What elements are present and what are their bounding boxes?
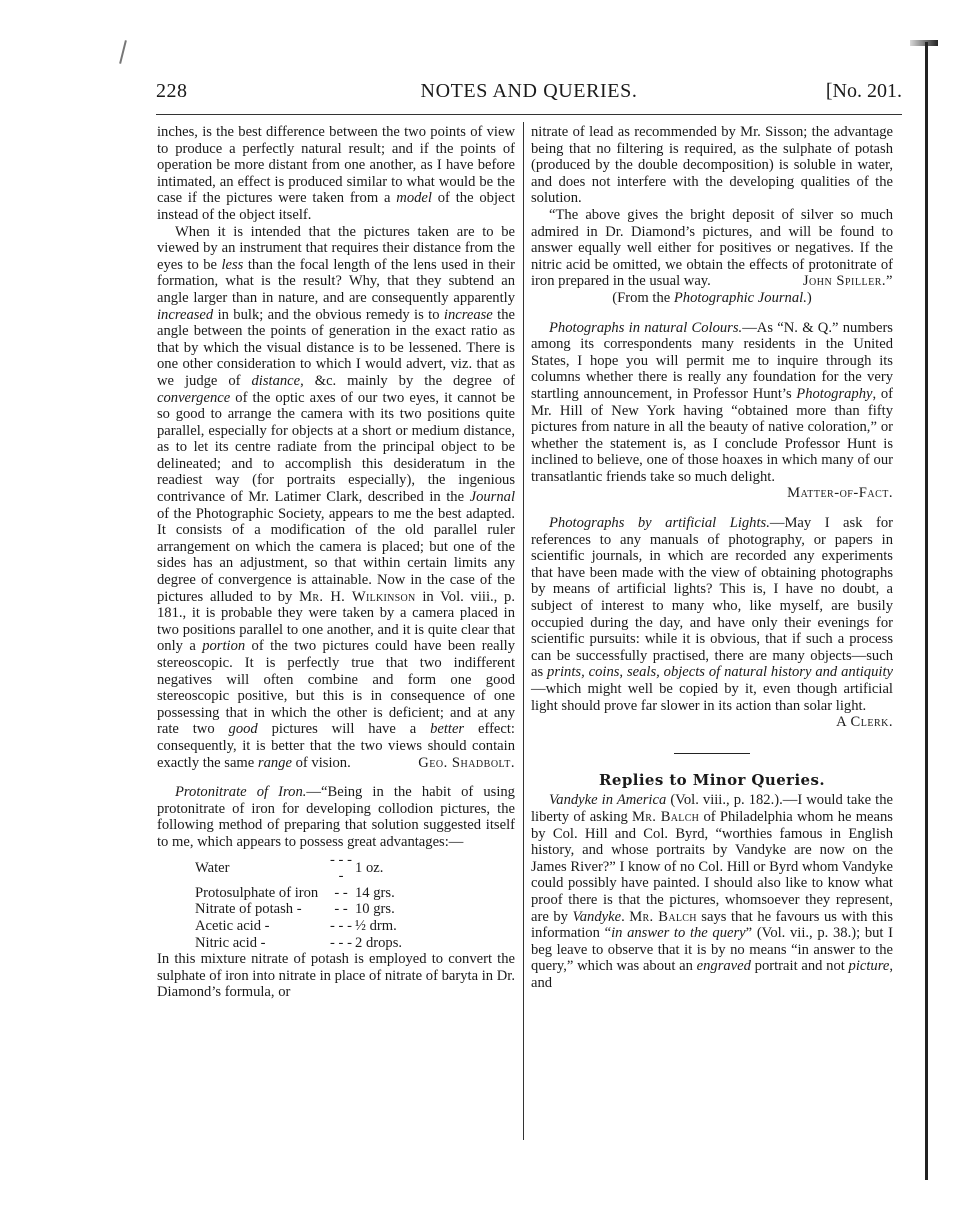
quantity: 2 drops. xyxy=(355,935,402,952)
emphasis: portion xyxy=(202,638,245,654)
recipe-table: Water - - - - 1 oz. Protosulphate of iro… xyxy=(195,852,402,952)
emphasis: better xyxy=(430,721,464,737)
text: ) xyxy=(807,290,812,306)
text: pictures will have a xyxy=(258,721,430,737)
article-title: Vandyke in America xyxy=(549,792,666,808)
text: (From the xyxy=(612,290,674,306)
quantity: ½ drm. xyxy=(355,918,402,935)
emphasis: increased xyxy=(157,307,213,323)
recipe-row: Nitrate of potash - - - 10 grs. xyxy=(195,901,402,918)
signature: John Spiller.” xyxy=(785,273,893,290)
recipe-row: Acetic acid - - - - ½ drm. xyxy=(195,918,402,935)
page-edge-shadow xyxy=(910,40,938,46)
article-vandyke: Vandyke in America (Vol. viii., p. 182.)… xyxy=(531,792,893,991)
text: portrait and not xyxy=(751,958,849,974)
spacer xyxy=(531,307,893,320)
recipe-row: Protosulphate of iron - - 14 grs. xyxy=(195,885,402,902)
article-title: Photographs in natural Colours. xyxy=(549,320,742,336)
article-title: Protonitrate of Iron. xyxy=(175,784,306,800)
signature: A Clerk. xyxy=(818,714,893,731)
page-edge-line xyxy=(925,42,928,1180)
emphasis: distance xyxy=(251,373,300,389)
spacer xyxy=(531,502,893,515)
quantity: 1 oz. xyxy=(355,852,402,885)
leader-dashes: - - - xyxy=(327,935,355,952)
text: , &c. mainly by the degree of xyxy=(300,373,515,389)
text: of vision. xyxy=(292,755,351,771)
signature: Matter-of-Fact. xyxy=(531,485,893,502)
leader-dashes: - - xyxy=(327,901,355,918)
paragraph-stereoscopic: When it is intended that the pictures ta… xyxy=(157,224,515,772)
section-heading: Replies to Minor Queries. xyxy=(531,772,893,789)
page-header: 228 NOTES AND QUERIES. [No. 201. xyxy=(156,78,902,110)
recipe-explanation: In this mixture nitrate of potash is emp… xyxy=(157,951,515,1001)
text: of the optic axes of our two eyes, it ca… xyxy=(157,390,515,506)
quote-paragraph: “The above gives the bright deposit of s… xyxy=(531,207,893,290)
emphasis: less xyxy=(221,257,243,273)
signature: Geo. Shadbolt. xyxy=(400,755,515,772)
right-column: nitrate of lead as recommended by Mr. Si… xyxy=(531,124,893,992)
text: —which might well be copied by it, even … xyxy=(531,681,893,714)
ingredient: Acetic acid - xyxy=(195,918,327,935)
issue-number: [No. 201. xyxy=(826,80,902,103)
leader-dashes: - - xyxy=(327,885,355,902)
emphasis: prints, coins, seals, objects of natural… xyxy=(547,664,893,680)
spacer xyxy=(157,771,515,784)
quote-block: “The above gives the bright deposit of s… xyxy=(531,207,893,290)
text: of Philadelphia whom he means by Col. Hi… xyxy=(531,809,893,925)
header-rule xyxy=(156,114,902,115)
emphasis: in answer to the query xyxy=(611,925,746,941)
emphasis: Vandyke xyxy=(572,909,621,925)
column-divider xyxy=(523,122,524,1140)
small-caps-name: Mr. H. Wilkinson xyxy=(299,589,416,605)
emphasis: Photographic Journal. xyxy=(674,290,807,306)
paragraph-body: Photographs by artificial Lights.—May I … xyxy=(531,515,893,714)
article-natural-colours: Photographs in natural Colours.—As “N. &… xyxy=(531,320,893,486)
emphasis: increase xyxy=(444,307,493,323)
paragraph-continuation: inches, is the best difference between t… xyxy=(157,124,515,224)
text: —May I ask for references to any manuals… xyxy=(531,515,893,680)
emphasis: Journal xyxy=(470,489,515,505)
running-title: NOTES AND QUERIES. xyxy=(156,80,902,103)
paragraph-body: When it is intended that the pictures ta… xyxy=(157,224,515,772)
quantity: 10 grs. xyxy=(355,901,402,918)
section-divider xyxy=(674,753,750,754)
stray-ink-mark xyxy=(119,40,127,64)
emphasis: engraved xyxy=(697,958,751,974)
emphasis: range xyxy=(258,755,292,771)
article-artificial-lights: Photographs by artificial Lights.—May I … xyxy=(531,515,893,731)
leader-dashes: - - - - xyxy=(327,852,355,885)
quantity: 14 grs. xyxy=(355,885,402,902)
emphasis: good xyxy=(229,721,258,737)
source-citation: (From the Photographic Journal.) xyxy=(531,290,893,307)
small-caps-name: Mr. Balch xyxy=(629,909,696,925)
ingredient: Nitrate of potash - xyxy=(195,901,327,918)
ingredient: Water xyxy=(195,852,327,885)
article-protonitrate: Protonitrate of Iron.—“Being in the habi… xyxy=(157,784,515,850)
paragraph-continuation: nitrate of lead as recommended by Mr. Si… xyxy=(531,124,893,207)
recipe-row: Water - - - - 1 oz. xyxy=(195,852,402,885)
leader-dashes: - - - xyxy=(327,918,355,935)
emphasis: convergence xyxy=(157,390,230,406)
ingredient: Protosulphate of iron xyxy=(195,885,327,902)
recipe-row: Nitric acid - - - - 2 drops. xyxy=(195,935,402,952)
emphasis: picture xyxy=(849,958,890,974)
text: in bulk; and the obvious remedy is to xyxy=(213,307,444,323)
ingredient: Nitric acid - xyxy=(195,935,327,952)
article-title: Photographs by artificial Lights. xyxy=(549,515,770,531)
left-column: inches, is the best difference between t… xyxy=(157,124,515,1001)
small-caps-name: Mr. Balch xyxy=(632,809,699,825)
emphasis: model xyxy=(396,190,432,206)
emphasis: Photography xyxy=(796,386,872,402)
